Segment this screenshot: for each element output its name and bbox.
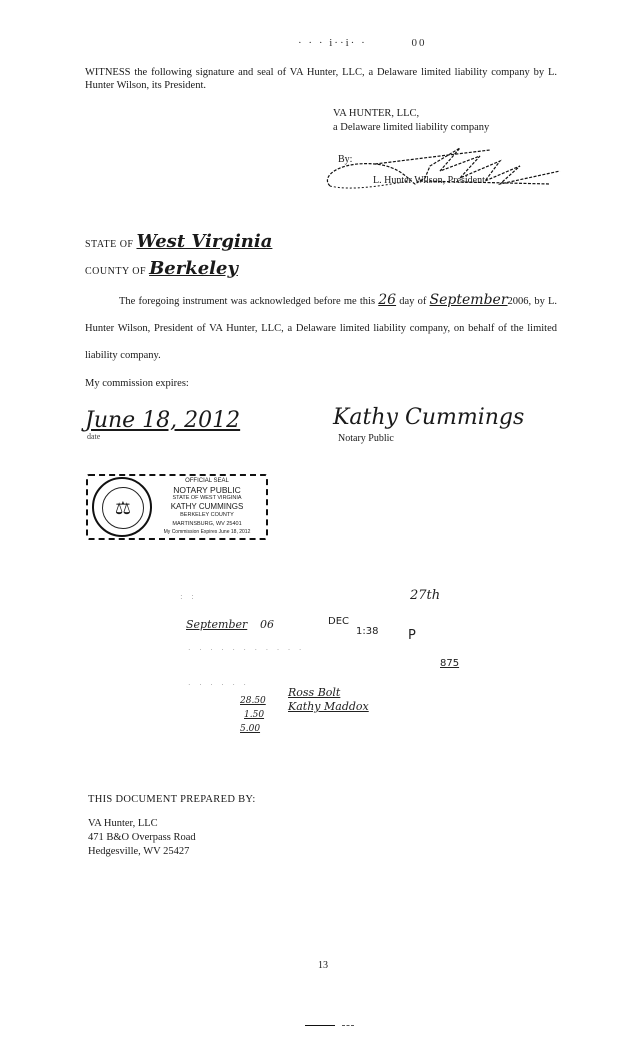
signer-name-title: L. Hunter Wilson, President bbox=[373, 175, 485, 186]
seal-line-7: My Commission Expires June 18, 2012 bbox=[148, 528, 266, 537]
ack-day: 26 bbox=[378, 292, 396, 308]
company-block: VA HUNTER, LLC, a Delaware limited liabi… bbox=[333, 107, 489, 135]
recording-stamp: : : 27th September 06 DEC 1:38 P . . . .… bbox=[178, 588, 483, 748]
bottom-rule bbox=[305, 1025, 335, 1026]
ack-text-2: day of bbox=[399, 296, 426, 307]
state-line: STATE OF West Virginia bbox=[85, 231, 272, 252]
seal-text: OFFICIAL SEAL NOTARY PUBLIC STATE OF WES… bbox=[148, 477, 266, 537]
rec-fee-2: 1.50 bbox=[244, 710, 264, 720]
rec-year: 06 bbox=[260, 618, 274, 631]
rec-ampm: P bbox=[408, 628, 416, 643]
state-seal-icon: ⚖ bbox=[102, 487, 144, 529]
bottom-rule-dashed bbox=[342, 1025, 354, 1027]
prepared-line-1: VA Hunter, LLC bbox=[88, 817, 196, 831]
seal-line-5: BERKELEY COUNTY bbox=[148, 511, 266, 520]
rec-faint-3: . . . . . . bbox=[188, 678, 249, 687]
seal-line-4: KATHY CUMMINGS bbox=[148, 503, 266, 512]
company-description: a Delaware limited liability company bbox=[333, 121, 489, 135]
rec-fee-1: 28.50 bbox=[240, 696, 266, 706]
prepared-line-2: 471 B&O Overpass Road bbox=[88, 831, 196, 845]
rec-deputy: Kathy Maddox bbox=[288, 700, 369, 713]
rec-fee-3: 5.00 bbox=[240, 724, 260, 734]
ack-text-1: The foregoing instrument was acknowledge… bbox=[119, 296, 375, 307]
page-number: 13 bbox=[318, 960, 328, 971]
acknowledgment-paragraph: The foregoing instrument was acknowledge… bbox=[85, 287, 557, 369]
ack-month: September bbox=[430, 292, 508, 308]
rec-dec-label: DEC bbox=[328, 616, 349, 627]
rec-faint-2: . . . . . . . . . . . bbox=[188, 643, 304, 652]
state-seal-emblem: ⚖ bbox=[92, 477, 152, 537]
county-label: COUNTY OF bbox=[85, 266, 146, 277]
by-label: By: bbox=[338, 154, 352, 165]
commission-expiry-date: June 18, 2012 bbox=[85, 408, 240, 433]
notary-seal: ⚖ OFFICIAL SEAL NOTARY PUBLIC STATE OF W… bbox=[80, 469, 272, 541]
commission-date-sublabel: date bbox=[87, 432, 100, 441]
notary-signature: Kathy Cummings bbox=[333, 405, 524, 430]
seal-line-2: NOTARY PUBLIC bbox=[148, 486, 266, 495]
state-label: STATE OF bbox=[85, 239, 133, 250]
rec-book-page: 875 bbox=[440, 658, 459, 669]
state-value: West Virginia bbox=[136, 231, 272, 252]
company-name: VA HUNTER, LLC, bbox=[333, 107, 489, 121]
county-line: COUNTY OF Berkeley bbox=[85, 258, 238, 279]
rec-day: 27th bbox=[410, 588, 440, 603]
prepared-line-3: Hedgesville, WV 25427 bbox=[88, 845, 196, 859]
county-value: Berkeley bbox=[149, 258, 238, 279]
prepared-by-title: THIS DOCUMENT PREPARED BY: bbox=[88, 794, 256, 805]
rec-time: 1:38 bbox=[356, 626, 378, 637]
prepared-by-address: VA Hunter, LLC 471 B&O Overpass Road Hed… bbox=[88, 817, 196, 859]
notary-title: Notary Public bbox=[338, 433, 394, 444]
rec-clerk: Ross Bolt bbox=[288, 686, 340, 699]
seal-line-6: MARTINSBURG, WV 25401 bbox=[148, 520, 266, 529]
witness-paragraph: WITNESS the following signature and seal… bbox=[85, 66, 557, 92]
rec-month: September bbox=[186, 618, 247, 631]
stamp-left: · · · i··i· · bbox=[298, 37, 367, 49]
rec-faint-1: : : bbox=[180, 592, 197, 601]
commission-label: My commission expires: bbox=[85, 378, 189, 389]
stamp-right: 00 bbox=[412, 37, 427, 49]
recording-header-stamp: · · · i··i· · 00 bbox=[298, 37, 427, 49]
